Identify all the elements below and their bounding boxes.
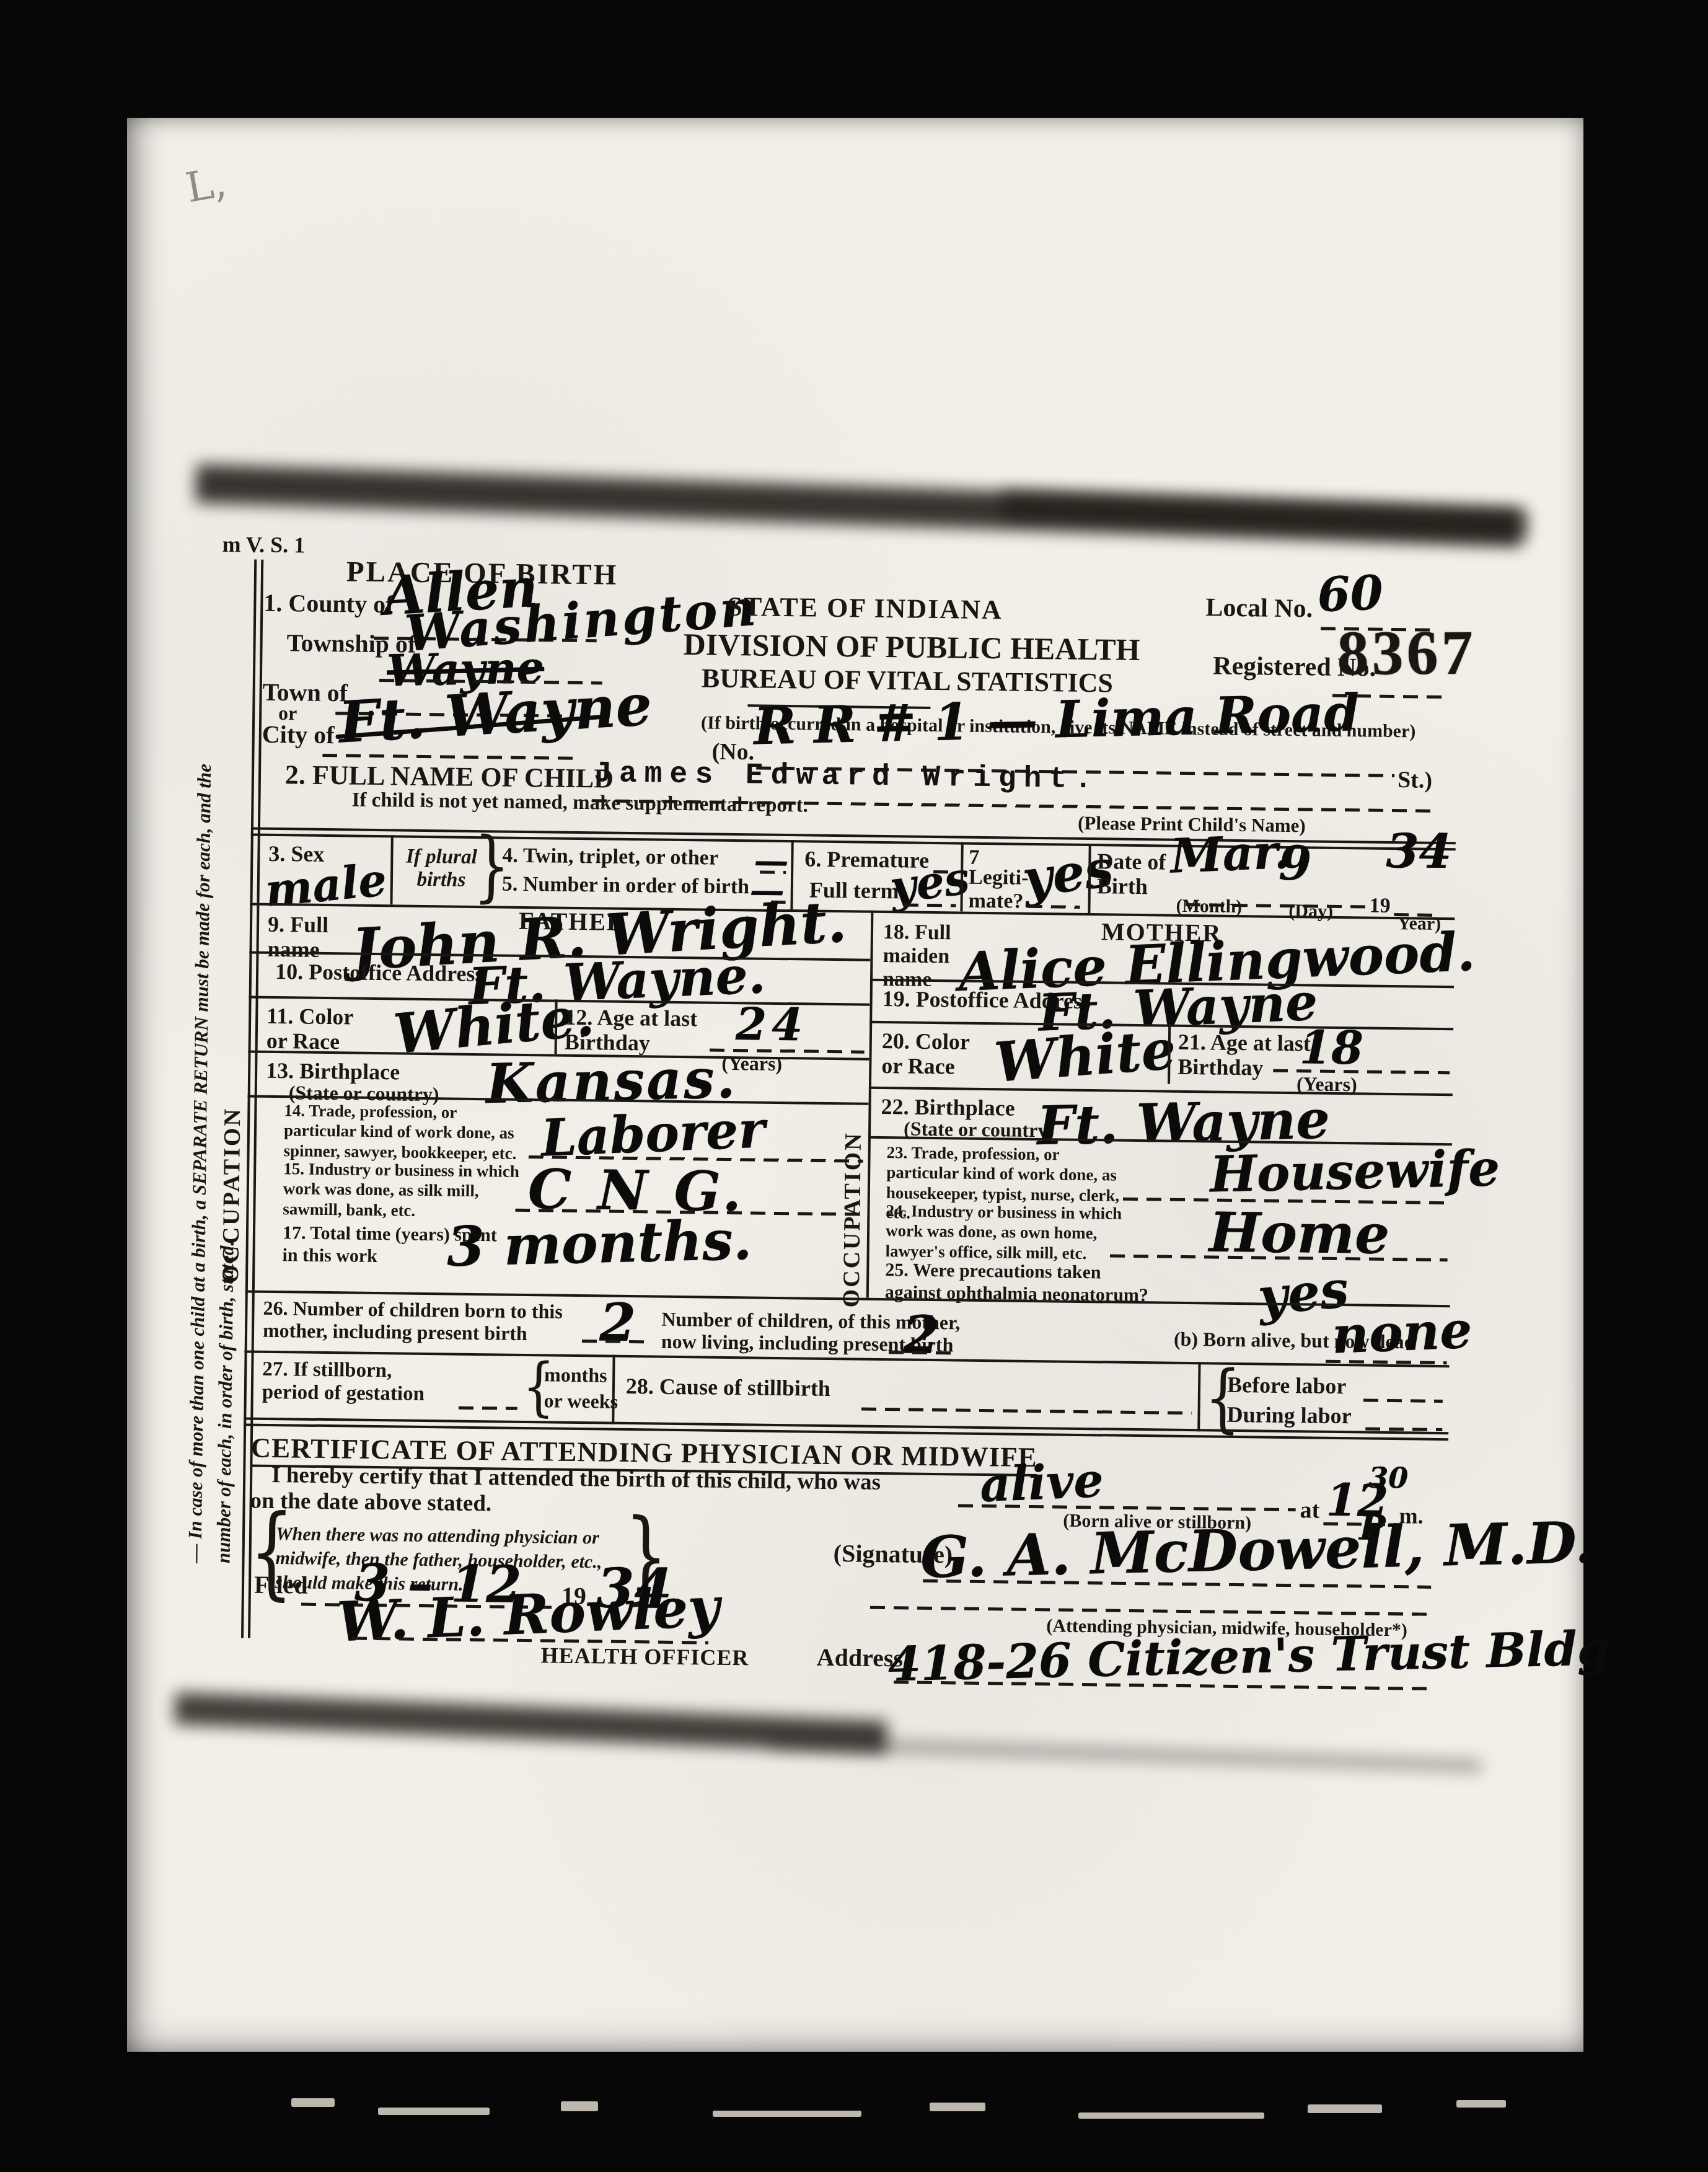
father-age-value: 24 [736, 1002, 808, 1047]
filed-label: Filed [254, 1571, 308, 1600]
cause-line [861, 1408, 1192, 1415]
dob-label: Date of Birth [1097, 849, 1166, 899]
street-no-value: R R # 1 — Lima Road [753, 687, 1360, 752]
mother-birthplace-label: 22. Birthplace [881, 1094, 1015, 1121]
father-name-label: 9. Full name [267, 912, 328, 963]
noise-speck [1456, 2100, 1506, 2108]
father-total-time-value: 3 months. [446, 1212, 752, 1274]
year-prefix: 19 [1369, 894, 1390, 918]
divider-cause [612, 1355, 615, 1424]
father-trade-label: 14. Trade, profession, or particular kin… [283, 1100, 532, 1163]
children-born-line [582, 1340, 651, 1343]
mother-age-label: 21. Age at last Birthday [1178, 1030, 1311, 1081]
division-title: DIVISION OF PUBLIC HEALTH [683, 627, 1093, 666]
gestation-brace: { [522, 1350, 555, 1424]
health-officer-label: HEALTH OFFICER [540, 1643, 749, 1670]
children-dead-value: none [1331, 1305, 1473, 1361]
pencil-corner-mark: L, [182, 158, 230, 212]
noise-speck [930, 2103, 985, 2111]
gestation-line [459, 1406, 517, 1410]
father-trade-value: Laborer [540, 1104, 765, 1163]
registered-no-value: 8367 [1337, 618, 1476, 689]
birth-month-value: Mar. [1169, 828, 1291, 880]
mother-trade-value: Housewife [1209, 1143, 1500, 1199]
noise-speck [291, 2098, 335, 2107]
city-label: City of [262, 721, 335, 749]
toner-smudge-bottom-right [769, 1736, 1482, 1772]
child-name-value: James Edward Wright. [594, 757, 1100, 797]
before-labor-line [1363, 1399, 1443, 1403]
mother-color-label: 20. Color or Race [881, 1028, 970, 1079]
day-caption: (Day) [1288, 901, 1333, 922]
attending-line [870, 1606, 1428, 1616]
mother-industry-label: 24. Industry or business in which work w… [886, 1201, 1134, 1264]
twin-label: 4. Twin, triplet, or other [502, 844, 718, 870]
local-no-value: 60 [1316, 569, 1384, 619]
local-no-label: Local No. [1205, 593, 1313, 624]
cause-label: 28. Cause of stillbirth [626, 1374, 830, 1401]
months-option: months [544, 1364, 607, 1387]
birth-year-value: 34 [1386, 828, 1452, 875]
noise-speck [561, 2101, 598, 2111]
birth-certificate-form: — In case of more than one child at a bi… [212, 522, 1490, 1703]
father-color-label: 11. Color or Race [266, 1004, 354, 1054]
form-number: m V. S. 1 [222, 532, 305, 558]
state-title: STATE OF INDIANA [727, 591, 988, 625]
weeks-option: or weeks [544, 1390, 618, 1413]
address-value: 418-26 Citizen's Trust Bldg [887, 1625, 1611, 1688]
full-term-line [904, 903, 956, 907]
paper: L, — In case of more than one child at a… [127, 118, 1583, 2052]
divider-dob [1088, 844, 1091, 913]
divider-sex [390, 835, 393, 904]
birth-day-value: 9 [1279, 840, 1312, 888]
noise-speck [378, 2108, 490, 2115]
plural-births-label: If plural births [404, 845, 479, 892]
child-name-label: 2. FULL NAME OF CHILD [285, 759, 614, 794]
city-line [322, 754, 573, 760]
margin-note-line1: — In case of more than one child at a bi… [183, 558, 218, 1563]
stillborn-label: 27. If stillborn, period of gestation [262, 1358, 425, 1406]
time-minutes-value: 30 [1368, 1463, 1409, 1493]
mother-color-value: White [993, 1022, 1178, 1090]
full-term-value: yes [887, 855, 972, 910]
father-po-label: 10. Postoffice Address [275, 959, 484, 986]
signature-value: G. A. McDowell, M.D. [920, 1514, 1595, 1586]
form-left-border-inner [248, 560, 263, 1638]
divider-labor [1197, 1362, 1200, 1431]
city-value: Ft. Wayne [337, 676, 653, 751]
father-occupation-vertical-label: OCCUPATION [217, 1097, 247, 1284]
county-label: 1. County of [263, 589, 394, 619]
condition-value: alive [979, 1457, 1104, 1509]
supplemental-note: If child is not yet named, make suppleme… [351, 789, 808, 818]
father-industry-label: 15. Industry or business in which work w… [283, 1159, 531, 1222]
legitimate-line [1027, 905, 1080, 909]
during-labor-label: During labor [1226, 1402, 1352, 1429]
mother-industry-value: Home [1209, 1204, 1390, 1261]
noise-speck [1078, 2112, 1264, 2119]
street-suffix: St.) [1398, 767, 1432, 793]
labor-brace: { [1204, 1354, 1241, 1441]
town-label: Town of [262, 679, 348, 707]
noise-speck [713, 2111, 861, 2117]
mother-age-value: 18 [1299, 1025, 1363, 1071]
noise-speck [1308, 2104, 1382, 2113]
mother-occupation-vertical-label: OCCUPATION [838, 1134, 867, 1308]
father-birthplace-label: 13. Birthplace [266, 1058, 400, 1085]
children-born-label: 26. Number of children born to this moth… [263, 1297, 563, 1346]
scanned-page-stage: L, — In case of more than one child at a… [0, 0, 1708, 2172]
before-labor-label: Before labor [1227, 1372, 1347, 1399]
